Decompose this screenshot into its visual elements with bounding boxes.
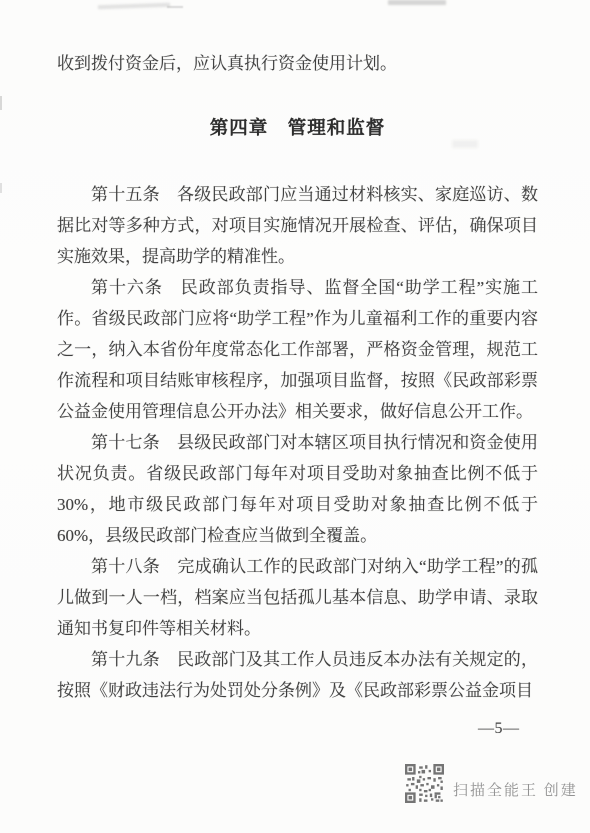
scan-smudge xyxy=(98,3,170,10)
scanned-document-page: 收到拨付资金后，应认真执行资金使用计划。 第四章 管理和监督 第十五条 各级民政… xyxy=(0,0,590,833)
scan-smudge xyxy=(167,6,183,8)
continuation-paragraph: 收到拨付资金后，应认真执行资金使用计划。 xyxy=(57,48,538,79)
scan-smudge xyxy=(388,0,446,5)
scanner-watermark: 扫描全能王 创建 xyxy=(405,764,578,803)
qr-code-icon xyxy=(405,764,444,803)
articles-section: 第十五条 各级民政部门应当通过材料核实、家庭巡访、数据比对等多种方式，对项目实施… xyxy=(57,179,538,706)
article-19: 第十九条 民政部门及其工作人员违反本办法有关规定的，按照《财政违法行为处罚处分条… xyxy=(57,644,538,706)
article-16: 第十六条 民政部负责指导、监督全国“助学工程”实施工作。省级民政部门应将“助学工… xyxy=(57,272,538,427)
chapter-heading: 第四章 管理和监督 xyxy=(57,112,538,143)
article-18: 第十八条 完成确认工作的民政部门对纳入“助学工程”的孤儿做到一人一档，档案应当包… xyxy=(57,551,538,644)
page-number: —5— xyxy=(478,719,520,739)
article-17: 第十七条 县级民政部门对本辖区项目执行情况和资金使用状况负责。省级民政部门每年对… xyxy=(57,427,538,551)
article-15: 第十五条 各级民政部门应当通过材料核实、家庭巡访、数据比对等多种方式，对项目实施… xyxy=(57,179,538,272)
scanner-watermark-label: 扫描全能王 创建 xyxy=(453,764,578,800)
scan-edge-mark xyxy=(0,96,2,110)
scan-edge-mark xyxy=(0,183,2,193)
document-body: 收到拨付资金后，应认真执行资金使用计划。 第四章 管理和监督 第十五条 各级民政… xyxy=(57,48,538,706)
